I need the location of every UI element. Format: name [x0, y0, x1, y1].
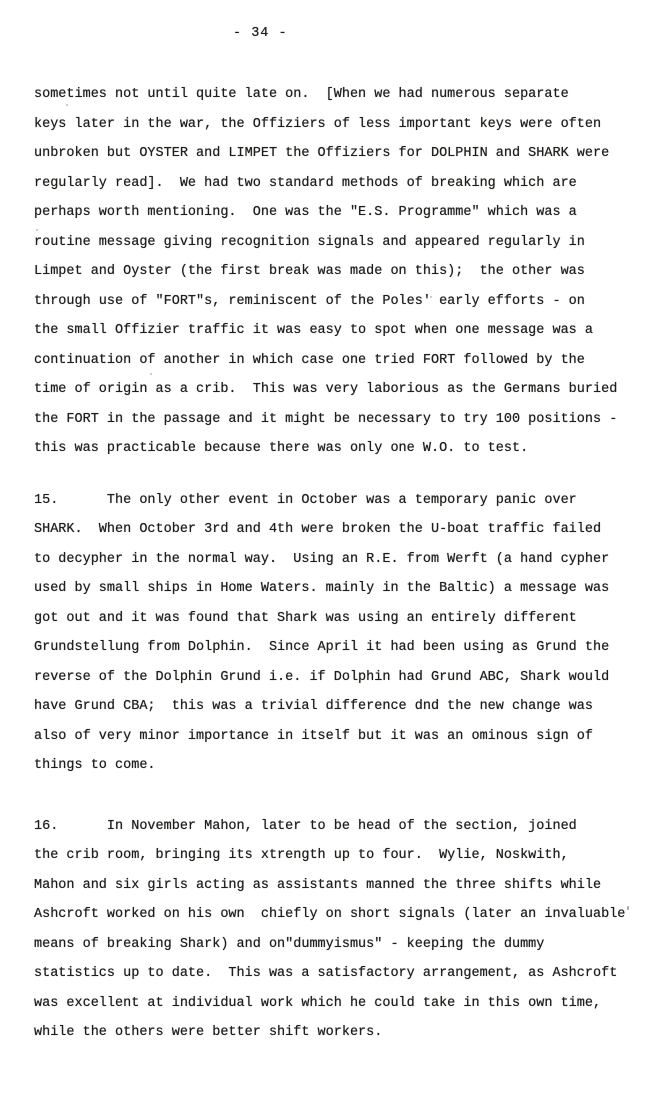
- text-line: to decypher in the normal way. Using an …: [34, 545, 640, 575]
- text-line: means of breaking Shark) and on"dummyism…: [34, 930, 640, 960]
- document-page: - 34 - sometimes not until quite late on…: [0, 0, 650, 1097]
- text-line: continuation of another in which case on…: [34, 346, 640, 376]
- text-line: perhaps worth mentioning. One was the "E…: [34, 198, 640, 228]
- scan-speck: [627, 906, 629, 910]
- paragraph: 16. In November Mahon, later to be head …: [34, 812, 640, 1048]
- text-line: things to come.: [34, 751, 640, 781]
- text-line: SHARK. When October 3rd and 4th were bro…: [34, 515, 640, 545]
- text-line: unbroken but OYSTER and LIMPET the Offiz…: [34, 139, 640, 169]
- text-line: Ashcroft worked on his own chiefly on sh…: [34, 900, 640, 930]
- text-line: also of very minor importance in itself …: [34, 722, 640, 752]
- text-line: statistics up to date. This was a satisf…: [34, 959, 640, 989]
- text-line: 15. The only other event in October was …: [34, 486, 640, 516]
- text-line: used by small ships in Home Waters. main…: [34, 574, 640, 604]
- text-line: the FORT in the passage and it might be …: [34, 405, 640, 435]
- text-line: got out and it was found that Shark was …: [34, 604, 640, 634]
- text-line: Mahon and six girls acting as assistants…: [34, 871, 640, 901]
- paragraph: sometimes not until quite late on. [When…: [34, 80, 640, 464]
- text-line: time of origin as a crib. This was very …: [34, 375, 640, 405]
- text-line: sometimes not until quite late on. [When…: [34, 80, 640, 110]
- text-line: routine message giving recognition signa…: [34, 228, 640, 258]
- text-line: the crib room, bringing its xtrength up …: [34, 841, 640, 871]
- scan-speck: [150, 373, 152, 375]
- text-line: through use of "FORT"s, reminiscent of t…: [34, 287, 640, 317]
- paragraph: 15. The only other event in October was …: [34, 486, 640, 781]
- text-line: the small Offizier traffic it was easy t…: [34, 316, 640, 346]
- scan-speck: [36, 229, 38, 231]
- text-line: 16. In November Mahon, later to be head …: [34, 812, 640, 842]
- text-line: Grundstellung from Dolphin. Since April …: [34, 633, 640, 663]
- text-line: have Grund CBA; this was a trivial diffe…: [34, 692, 640, 722]
- text-line: Limpet and Oyster (the first break was m…: [34, 257, 640, 287]
- text-line: while the others were better shift worke…: [34, 1018, 640, 1048]
- text-line: regularly read]. We had two standard met…: [34, 169, 640, 199]
- text-line: keys later in the war, the Offiziers of …: [34, 110, 640, 140]
- scan-speck: [66, 104, 68, 106]
- text-line: was excellent at individual work which h…: [34, 989, 640, 1019]
- scan-speck: [430, 296, 432, 298]
- document-body: sometimes not until quite late on. [When…: [34, 80, 640, 1048]
- text-line: reverse of the Dolphin Grund i.e. if Dol…: [34, 663, 640, 693]
- page-number: - 34 -: [233, 24, 288, 44]
- text-line: this was practicable because there was o…: [34, 434, 640, 464]
